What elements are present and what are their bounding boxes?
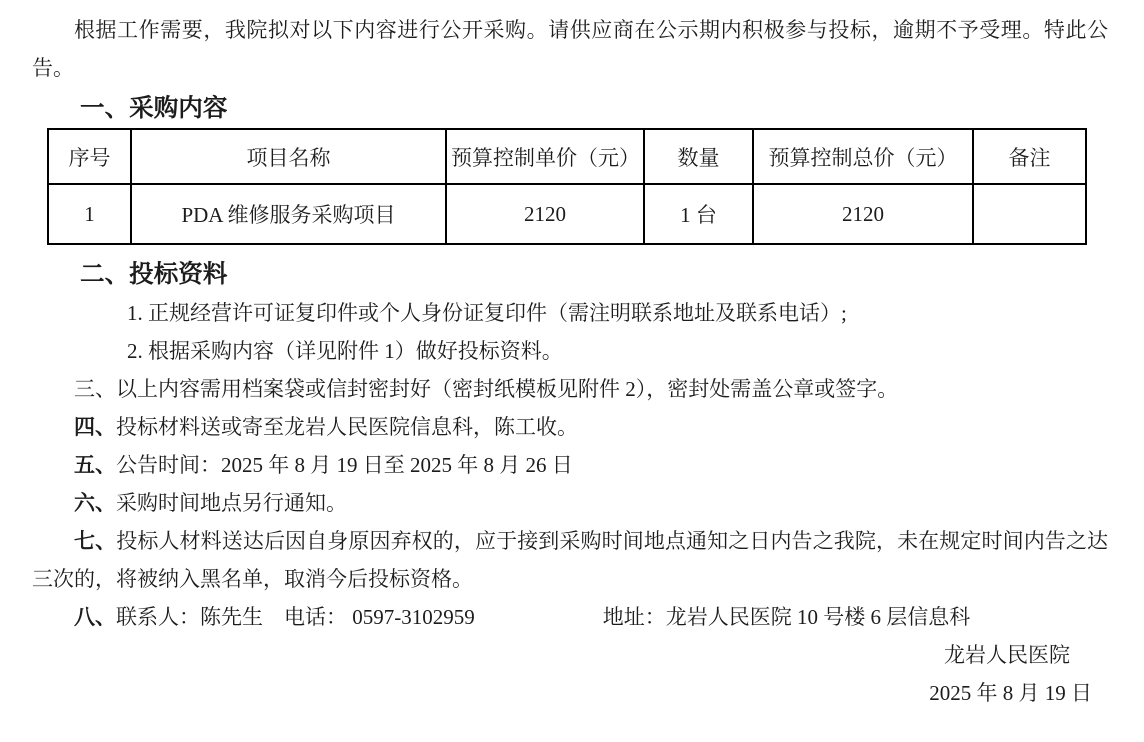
table-header-row: 序号 项目名称 预算控制单价（元） 数量 预算控制总价（元） 备注	[48, 129, 1086, 184]
clause-4-number: 四、	[74, 415, 116, 439]
clause-8-number: 八、	[74, 605, 116, 629]
clause-3-text: 以上内容需用档案袋或信封密封好（密封纸模板见附件 2），密封处需盖公章或签字。	[116, 377, 898, 401]
cell-project-name: PDA 维修服务采购项目	[131, 184, 446, 244]
document-page: 根据工作需要，我院拟对以下内容进行公开采购。请供应商在公示期内积极参与投标，逾期…	[0, 0, 1144, 742]
cell-total-price: 2120	[753, 184, 973, 244]
bid-material-item-1: 1. 正规经营许可证复印件或个人身份证复印件（需注明联系地址及联系电话）;	[127, 294, 1108, 332]
clause-5-number: 五、	[74, 453, 116, 477]
table-header-qty: 数量	[644, 129, 753, 184]
table-header-total-price: 预算控制总价（元）	[753, 129, 973, 184]
table-header-project-name: 项目名称	[131, 129, 446, 184]
cell-remark	[973, 184, 1086, 244]
clause-6-number: 六、	[74, 491, 116, 515]
table-header-seq: 序号	[48, 129, 131, 184]
clause-3-number: 三、	[74, 377, 116, 401]
intro-paragraph: 根据工作需要，我院拟对以下内容进行公开采购。请供应商在公示期内积极参与投标，逾期…	[32, 11, 1108, 87]
clause-6-text: 采购时间地点另行通知。	[116, 491, 347, 515]
clause-4: 四、投标材料送或寄至龙岩人民医院信息科，陈工收。	[32, 408, 1108, 446]
clause-3: 三、以上内容需用档案袋或信封密封好（密封纸模板见附件 2），密封处需盖公章或签字…	[32, 370, 1108, 408]
clause-7-text: 投标人材料送达后因自身原因弃权的，应于接到采购时间地点通知之日内告之我院，未在规…	[32, 529, 1108, 591]
clause-4-text: 投标材料送或寄至龙岩人民医院信息科，陈工收。	[116, 415, 578, 439]
signature-org: 龙岩人民医院	[32, 636, 1108, 674]
clause-6: 六、采购时间地点另行通知。	[32, 484, 1108, 522]
section1-heading: 一、采购内容	[80, 90, 1108, 128]
clause-7: 七、投标人材料送达后因自身原因弃权的，应于接到采购时间地点通知之日内告之我院，未…	[32, 522, 1108, 598]
table-row: 1 PDA 维修服务采购项目 2120 1 台 2120	[48, 184, 1086, 244]
clause-5-text: 公告时间：2025 年 8 月 19 日至 2025 年 8 月 26 日	[116, 453, 573, 477]
cell-seq: 1	[48, 184, 131, 244]
contact-address: 地址：龙岩人民医院 10 号楼 6 层信息科	[603, 605, 971, 629]
table-header-unit-price: 预算控制单价（元）	[446, 129, 644, 184]
cell-unit-price: 2120	[446, 184, 644, 244]
table-header-remark: 备注	[973, 129, 1086, 184]
procurement-table: 序号 项目名称 预算控制单价（元） 数量 预算控制总价（元） 备注 1 PDA …	[47, 128, 1087, 245]
bid-material-item-2: 2. 根据采购内容（详见附件 1）做好投标资料。	[127, 332, 1108, 370]
clause-7-number: 七、	[74, 529, 116, 553]
clause-5: 五、公告时间：2025 年 8 月 19 日至 2025 年 8 月 26 日	[32, 446, 1108, 484]
cell-qty: 1 台	[644, 184, 753, 244]
section2-heading: 二、投标资料	[80, 256, 1108, 294]
contact-info: 联系人：陈先生 电话： 0597-3102959	[116, 605, 475, 629]
clause-8-contact: 八、联系人：陈先生 电话： 0597-3102959地址：龙岩人民医院 10 号…	[32, 598, 1108, 636]
signature-date: 2025 年 8 月 19 日	[32, 674, 1108, 712]
